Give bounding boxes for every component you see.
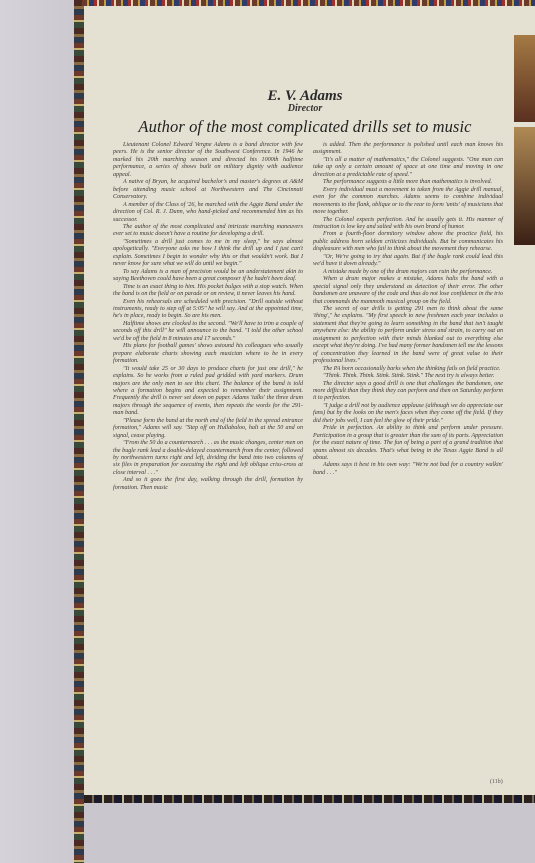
profile-role: Director <box>100 103 510 114</box>
background-bottom <box>84 803 535 863</box>
article-paragraph: is added. Then the performance is polish… <box>313 142 503 157</box>
article-headline: Author of the most complicated drills se… <box>105 117 505 137</box>
article-paragraph: "Please form the band at the north end o… <box>113 418 303 440</box>
article-paragraph: Pride in perfection. An ability to think… <box>313 425 503 462</box>
article-column-left: Lieutenant Colonel Edward Vergne Adams i… <box>113 142 303 492</box>
article-paragraph: Adams says it best in his own way: "We'r… <box>313 462 503 477</box>
article-paragraph: The author of the most complicated and i… <box>113 224 303 239</box>
article-paragraph: The secret of our drills is getting 291 … <box>313 306 503 366</box>
article-paragraph: The performance suggests a little more t… <box>313 179 503 186</box>
background-left <box>0 0 80 863</box>
article-paragraph: Lieutenant Colonel Edward Vergne Adams i… <box>113 142 303 179</box>
article-paragraph: The Colonel expects perfection. And he u… <box>313 217 503 232</box>
article-paragraph: A mistake made by one of the drum majors… <box>313 269 503 276</box>
article-paragraph: "Sometimes a drill just comes to me in m… <box>113 239 303 269</box>
article-paragraph: Time is an exact thing to him. His pocke… <box>113 284 303 299</box>
article-paragraph: A member of the Class of '26, he marched… <box>113 202 303 224</box>
article-column-right: is added. Then the performance is polish… <box>313 142 503 477</box>
book-spine <box>74 0 84 863</box>
article-paragraph: "It's all a matter of mathematics," the … <box>313 157 503 179</box>
adjacent-photo-top <box>514 35 535 122</box>
article-paragraph: And so it goes the first day, walking th… <box>113 477 303 492</box>
article-paragraph: His plans for football games' shows asto… <box>113 343 303 365</box>
article-paragraph: Halftime shows are clocked to the second… <box>113 321 303 343</box>
article-paragraph: "From the 50 do a countermarch . . . as … <box>113 440 303 477</box>
article-paragraph: The director says a good drill is one th… <box>313 381 503 403</box>
article-paragraph: "Or, We're going to try that again. But … <box>313 254 503 269</box>
article-paragraph: Every individual must a movement to take… <box>313 187 503 217</box>
article-paragraph: The PA horn occasionally barks when the … <box>313 366 503 373</box>
article-paragraph: A native of Bryan, he acquired bachelor'… <box>113 179 303 201</box>
page-number: (11b) <box>490 779 503 785</box>
article-paragraph: "It would take 25 or 30 days to produce … <box>113 366 303 418</box>
article-paragraph: When a drum major makes a mistake, Adams… <box>313 276 503 306</box>
article-paragraph: "I judge a drill not by audience applaus… <box>313 403 503 425</box>
article-paragraph: Even his rehearsals are scheduled with p… <box>113 299 303 321</box>
adjacent-photo-bottom <box>514 127 535 245</box>
article-paragraph: From a fourth-floor dormitory window abo… <box>313 231 503 253</box>
article-paragraph: "Think. Think. Think. Stink. Stink. Stin… <box>313 373 503 380</box>
page-bottom-edge <box>84 795 535 803</box>
article-paragraph: To say Adams is a man of precision would… <box>113 269 303 284</box>
